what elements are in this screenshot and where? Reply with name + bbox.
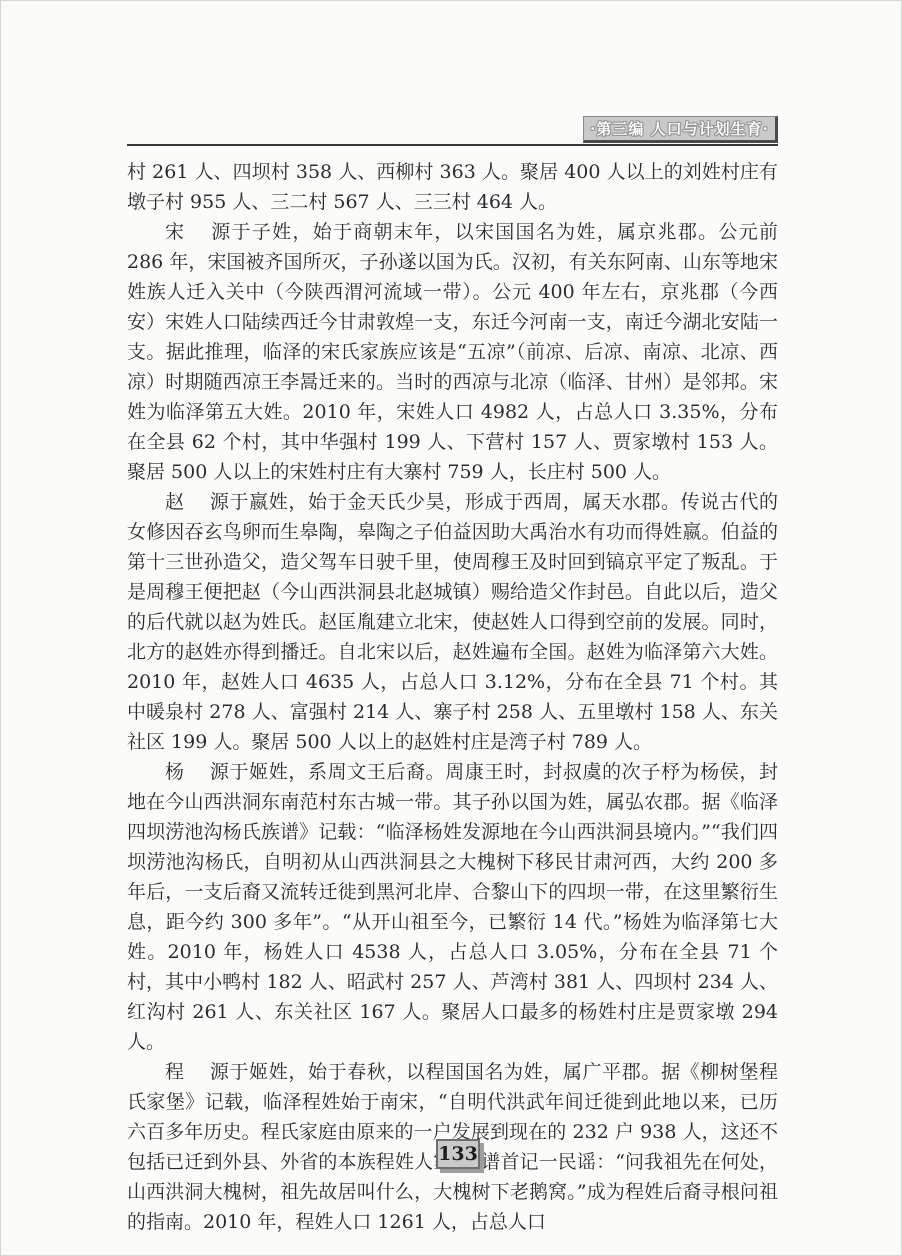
- header-rule: [127, 144, 778, 146]
- paragraph-surname-yang: 杨源于姬姓，系周文王后裔。周康王时，封叔虞的次子杼为杨侯，封地在今山西洪洞东南范…: [127, 757, 778, 1057]
- scanned-book-page: ·第三编 人口与计划生育· 村 261 人、四坝村 358 人、西柳村 363 …: [0, 0, 902, 1256]
- surname-heading: 赵: [165, 491, 185, 513]
- paragraph-text: 源于子姓，始于商朝末年，以宋国国名为姓，属京兆郡。公元前 286 年，宋国被齐国…: [127, 221, 778, 483]
- surname-heading: 宋: [165, 221, 185, 243]
- page-body-text: 村 261 人、四坝村 358 人、西柳村 363 人。聚居 400 人以上的刘…: [127, 157, 778, 1237]
- paragraph-liu-continuation: 村 261 人、四坝村 358 人、西柳村 363 人。聚居 400 人以上的刘…: [127, 157, 778, 217]
- surname-heading: 杨: [165, 761, 185, 783]
- paragraph-text: 源于嬴姓，始于金天氏少昊，形成于西周，属天水郡。传说古代的女修因吞玄鸟卵而生皋陶…: [127, 491, 778, 753]
- surname-heading: 程: [165, 1061, 185, 1083]
- paragraph-surname-zhao: 赵源于嬴姓，始于金天氏少昊，形成于西周，属天水郡。传说古代的女修因吞玄鸟卵而生皋…: [127, 487, 778, 757]
- paragraph-text: 源于姬姓，系周文王后裔。周康王时，封叔虞的次子杼为杨侯，封地在今山西洪洞东南范村…: [127, 761, 778, 1053]
- paragraph-text: 村 261 人、四坝村 358 人、西柳村 363 人。聚居 400 人以上的刘…: [127, 161, 778, 213]
- page-number: 133: [436, 1139, 480, 1169]
- paragraph-surname-song: 宋源于子姓，始于商朝末年，以宋国国名为姓，属京兆郡。公元前 286 年，宋国被齐…: [127, 217, 778, 487]
- section-header-badge: ·第三编 人口与计划生育·: [583, 116, 778, 143]
